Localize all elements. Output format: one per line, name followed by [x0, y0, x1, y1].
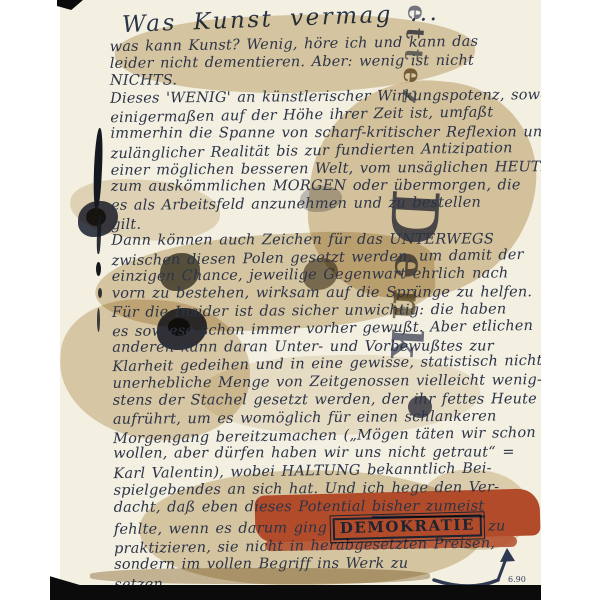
text-segment: zum auskömmlichen MORGEN oder übermorgen…	[111, 178, 521, 195]
text-segment: fehlte, wenn es darum ging	[114, 520, 327, 538]
text-segment: zu	[488, 518, 506, 534]
text-segment: vorn zu bestehen, wirksam auf die Sprüng…	[112, 284, 532, 301]
text-segment: Für die Insider ist das sicher unwichtig…	[112, 301, 507, 320]
text-segment: einer möglichen besseren Welt, vom unsäg…	[111, 159, 541, 179]
text-segment: einzigen Chance, jeweilige Gegenwart ehr…	[112, 266, 509, 285]
text-segment: anderen kann daran Unter- und Vorbewußte…	[112, 338, 494, 355]
text-segment: sondern im vollen Begriff ins Werk zu	[114, 556, 408, 573]
ink-blob	[86, 208, 106, 226]
text-segment: es als Arbeitsfeld anzunehmen und zu bes…	[111, 195, 481, 214]
manuscript-page: ettez Denk Was Kunst vermag ... was kann…	[60, 0, 541, 592]
text-segment: spielgebendes an sich hat. Und ich hege …	[113, 479, 499, 498]
date-mark: 6.90	[508, 575, 526, 584]
text-segment: leider nicht dementieren. Aber: wenig is…	[110, 53, 474, 72]
photo-edge-bar	[62, 585, 541, 600]
text-line: spielgebendes an sich hat. Und ich hege …	[113, 479, 541, 501]
artwork-photo: ettez Denk Was Kunst vermag ... was kann…	[0, 0, 600, 600]
manuscript-lines: was kann Kunst? Wenig, höre ich und kann…	[110, 34, 541, 592]
text-segment: gilt.	[111, 217, 141, 233]
text-segment: wollen, aber dürfen haben wir uns nicht …	[113, 445, 514, 462]
brush-stroke	[96, 262, 101, 276]
text-segment: stens der Stachel gesetzt werden, der ih…	[113, 391, 537, 408]
brush-stroke	[96, 214, 101, 254]
text-segment: NICHTS.	[110, 72, 177, 88]
text-segment: aufrührt, um es womöglich für einen schl…	[113, 408, 497, 427]
text-segment: Dann können auch Zeichen für das UNTERWE…	[111, 231, 494, 248]
text-segment: unerhebliche Menge von Zeitgenossen viel…	[113, 372, 541, 392]
text-segment: immerhin die Spanne von scharf-kritische…	[110, 124, 541, 142]
brush-stroke	[97, 308, 100, 332]
brush-stroke	[98, 288, 102, 298]
text-line: leider nicht dementieren. Aber: wenig is…	[110, 52, 540, 74]
text-segment: dacht, daß eben dieses Potential	[114, 499, 372, 516]
